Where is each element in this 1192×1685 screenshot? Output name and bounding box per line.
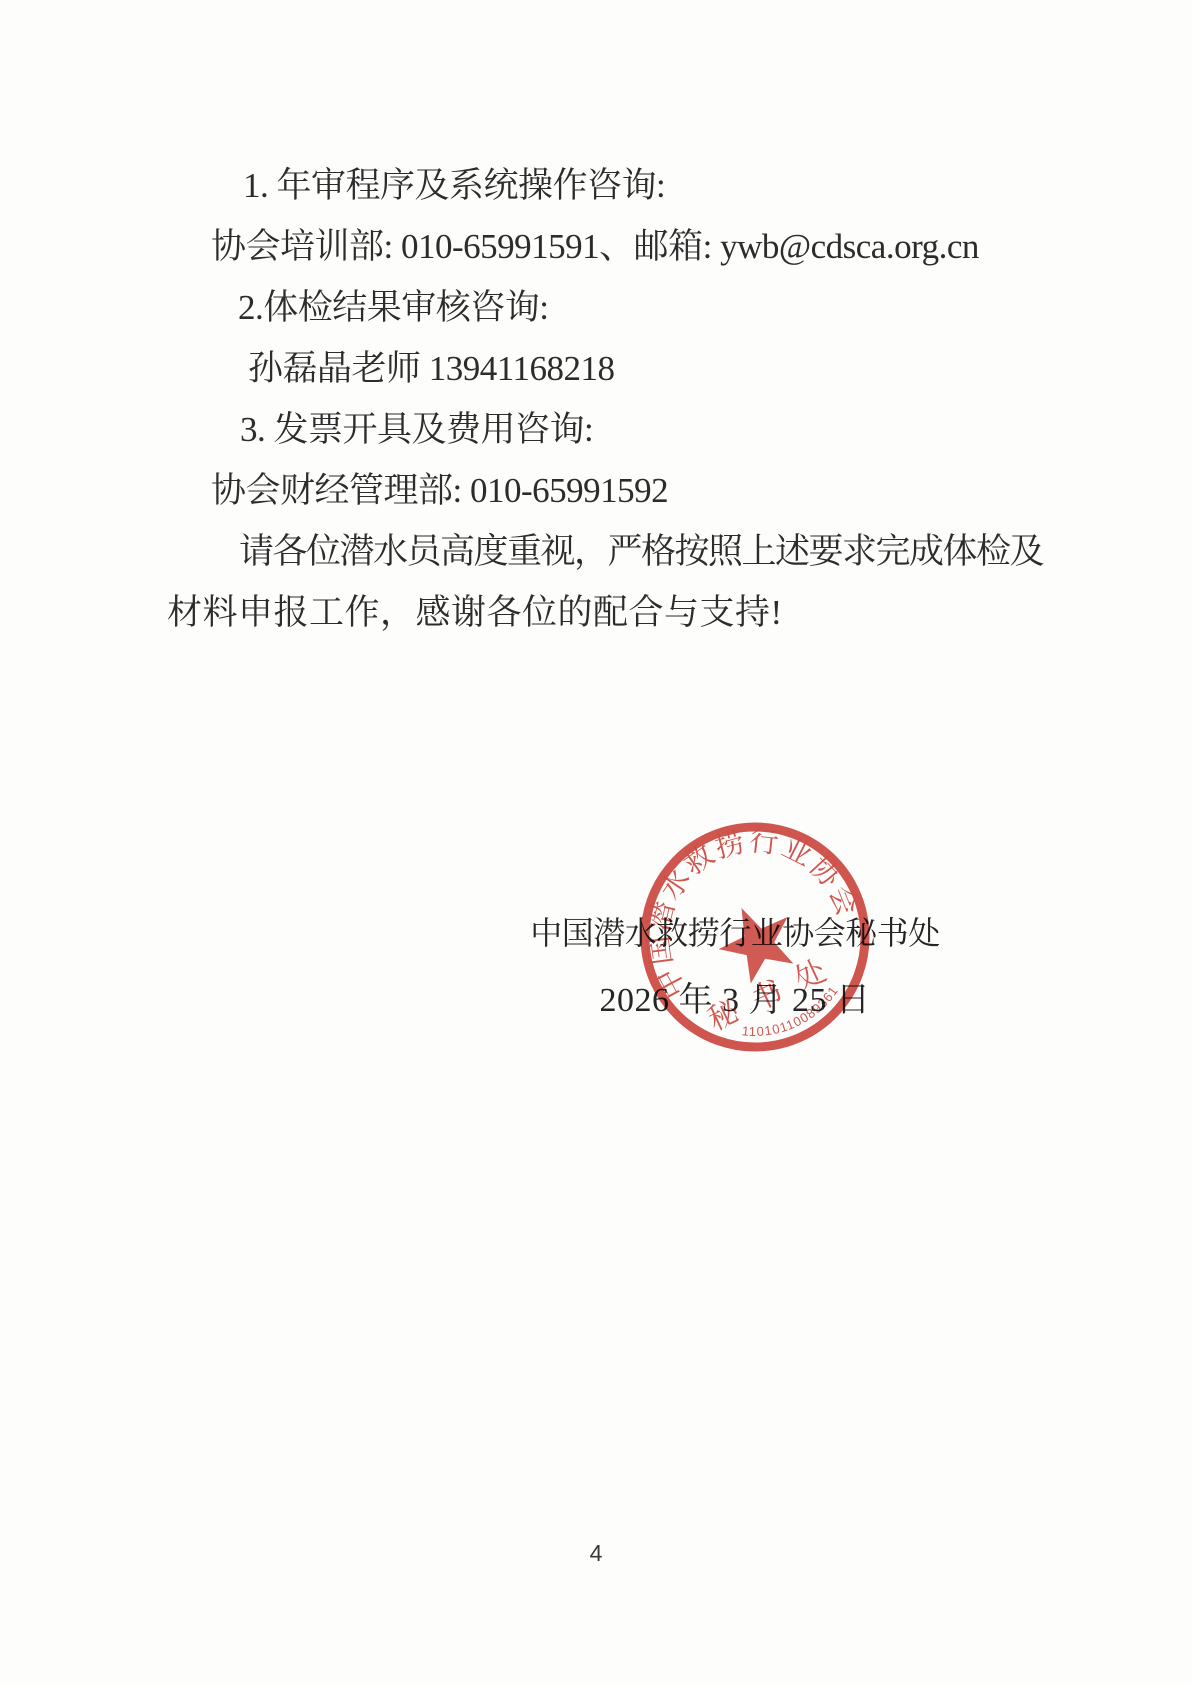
contact-finance-dept: 协会财经管理部: 010-65991592 xyxy=(167,457,1047,518)
contact-heading-medical-review: 2.体检结果审核咨询: xyxy=(167,274,1047,335)
contact-training-dept: 协会培训部: 010-65991591、邮箱: ywb@cdsca.org.cn xyxy=(167,213,1047,274)
official-seal: 中国潜水救捞行业协会 秘书处 11010110089361 xyxy=(605,787,905,1087)
page-number: 4 xyxy=(0,1540,1192,1567)
body-text: 1. 年审程序及系统操作咨询: 协会培训部: 010-65991591、邮箱: … xyxy=(167,152,1047,640)
closing-paragraph-line-1: 请各位潜水员高度重视，严格按照上述要求完成体检及 xyxy=(167,518,1047,579)
contact-teacher-phone: 孙磊晶老师 13941168218 xyxy=(167,335,1047,396)
document-page: 1. 年审程序及系统操作咨询: 协会培训部: 010-65991591、邮箱: … xyxy=(0,0,1192,1685)
contact-heading-invoice: 3. 发票开具及费用咨询: xyxy=(167,396,1047,457)
contact-heading-annual-review: 1. 年审程序及系统操作咨询: xyxy=(167,152,1047,213)
closing-paragraph-line-2: 材料申报工作，感谢各位的配合与支持! xyxy=(167,579,1047,640)
